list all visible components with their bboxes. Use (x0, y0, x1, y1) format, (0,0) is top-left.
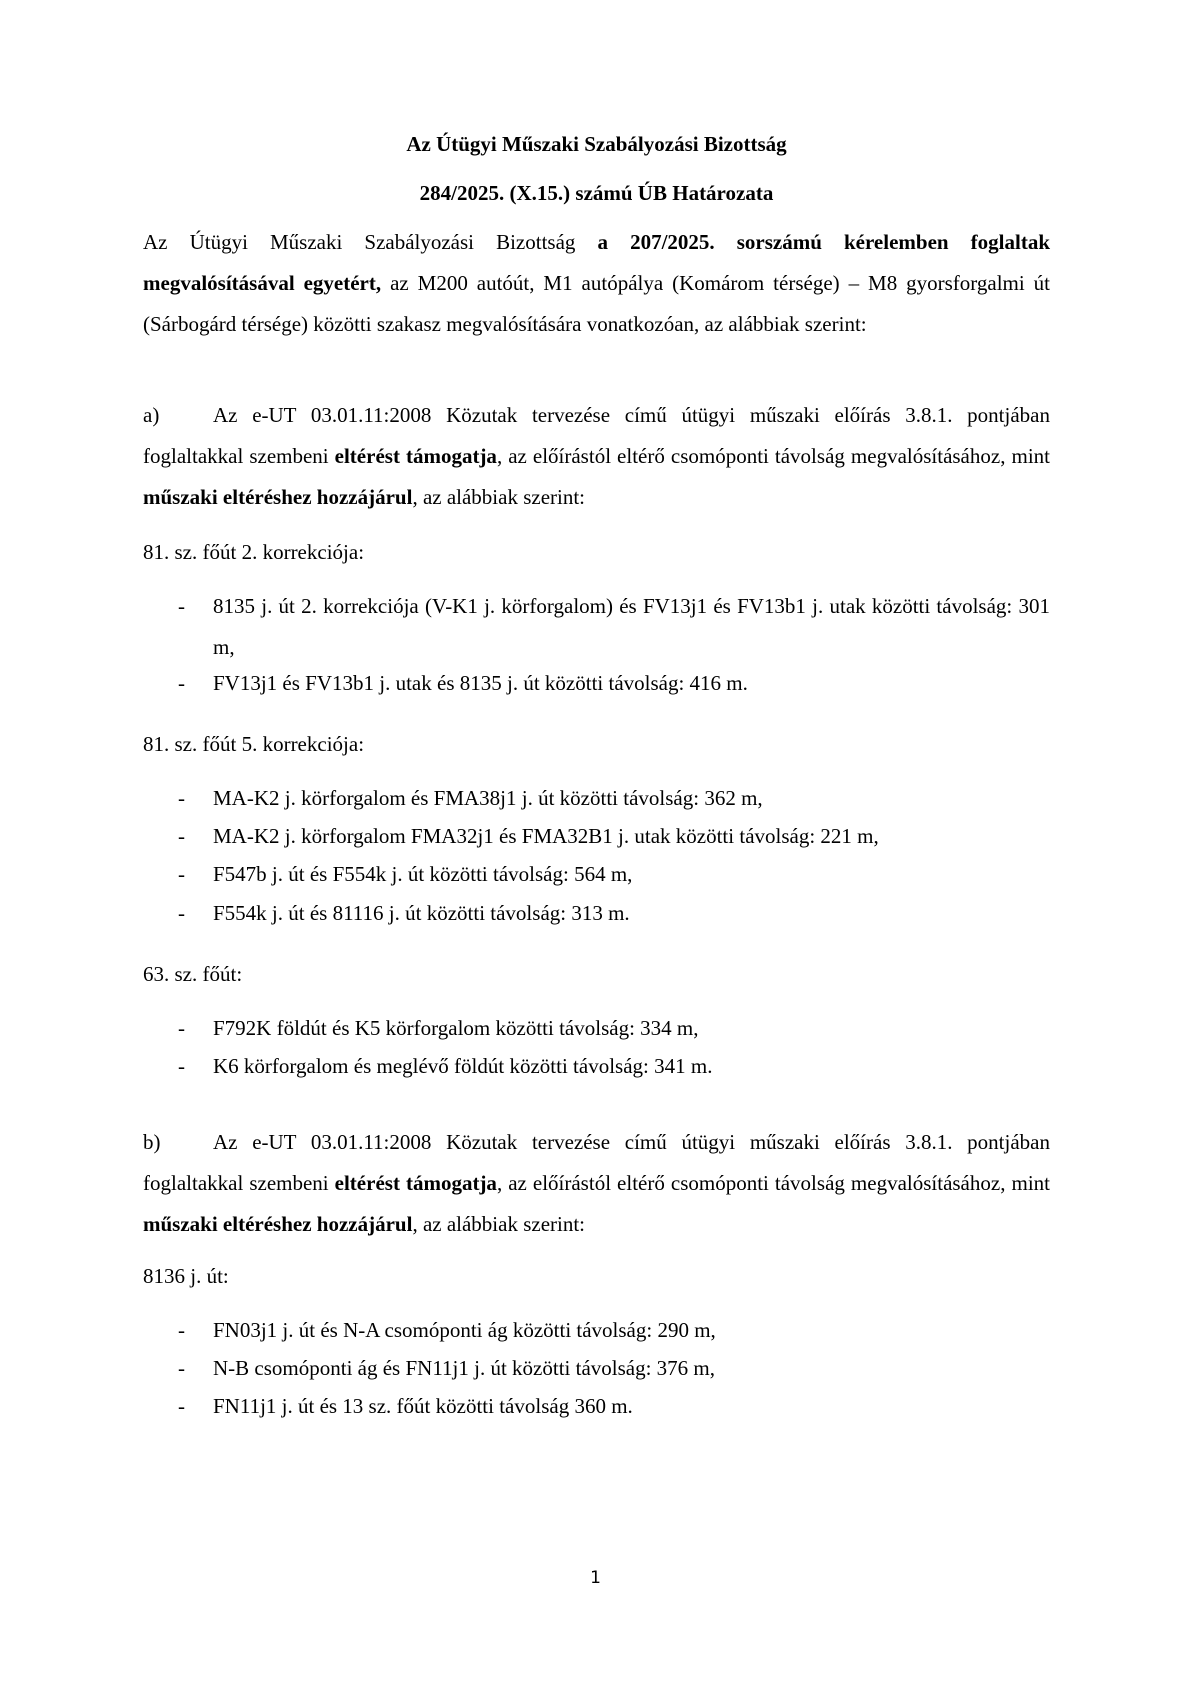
section-b-paragraph: b)Az e-UT 03.01.11:2008 Közutak tervezés… (143, 1122, 1050, 1245)
list-item-text: 8135 j. út 2. korrekciója (V-K1 j. körfo… (213, 586, 1050, 668)
bullet-dash: - (178, 1046, 185, 1087)
page-number: 1 (0, 1568, 1191, 1588)
bullet-dash: - (178, 663, 185, 704)
bullet-dash: - (178, 893, 185, 934)
group2-heading: 81. sz. főút 5. korrekciója: (143, 732, 364, 757)
bullet-dash: - (178, 854, 185, 895)
bullet-dash: - (178, 778, 185, 819)
section-a-bold-1: eltérést támogatja (335, 444, 497, 468)
intro-paragraph: Az Útügyi Műszaki Szabályozási Bizottság… (143, 222, 1050, 345)
group3-heading: 63. sz. főút: (143, 962, 242, 987)
section-b-text-2: , az előírástól eltérő csomóponti távols… (497, 1171, 1050, 1195)
list-item-text: MA-K2 j. körforgalom és FMA38j1 j. út kö… (213, 778, 1050, 819)
bullet-dash: - (178, 586, 185, 627)
bullet-dash: - (178, 816, 185, 857)
section-a-text-3: , az alábbiak szerint: (412, 485, 585, 509)
bullet-dash: - (178, 1008, 185, 1049)
section-a-paragraph: a)Az e-UT 03.01.11:2008 Közutak tervezés… (143, 395, 1050, 518)
bullet-dash: - (178, 1386, 185, 1427)
list-item-text: K6 körforgalom és meglévő földút közötti… (213, 1046, 1050, 1087)
list-item-text: F792K földút és K5 körforgalom közötti t… (213, 1008, 1050, 1049)
section-b-label: b) (143, 1122, 213, 1163)
section-a-text-2: , az előírástól eltérő csomóponti távols… (497, 444, 1050, 468)
bullet-dash: - (178, 1348, 185, 1389)
list-item-text: FN11j1 j. út és 13 sz. főút közötti távo… (213, 1386, 1050, 1427)
section-b-bold-2: műszaki eltéréshez hozzájárul (143, 1212, 412, 1236)
list-item-text: F547b j. út és F554k j. út közötti távol… (213, 854, 1050, 895)
document-title-line1: Az Útügyi Műszaki Szabályozási Bizottság (143, 132, 1050, 157)
intro-text: Az Útügyi Műszaki Szabályozási Bizottság (143, 230, 598, 254)
group4-heading: 8136 j. út: (143, 1264, 229, 1289)
group1-heading: 81. sz. főút 2. korrekciója: (143, 540, 364, 565)
bullet-dash: - (178, 1310, 185, 1351)
section-a-bold-2: műszaki eltéréshez hozzájárul (143, 485, 412, 509)
list-item-text: FN03j1 j. út és N-A csomóponti ág között… (213, 1310, 1050, 1351)
list-item-text: N-B csomóponti ág és FN11j1 j. út között… (213, 1348, 1050, 1389)
section-b-text-3: , az alábbiak szerint: (412, 1212, 585, 1236)
section-b-bold-1: eltérést támogatja (335, 1171, 497, 1195)
document-title-line2: 284/2025. (X.15.) számú ÚB Határozata (143, 181, 1050, 206)
list-item-text: F554k j. út és 81116 j. út közötti távol… (213, 893, 1050, 934)
list-item-text: FV13j1 és FV13b1 j. utak és 8135 j. út k… (213, 663, 1050, 704)
section-a-label: a) (143, 395, 213, 436)
list-item-text: MA-K2 j. körforgalom FMA32j1 és FMA32B1 … (213, 816, 1050, 857)
